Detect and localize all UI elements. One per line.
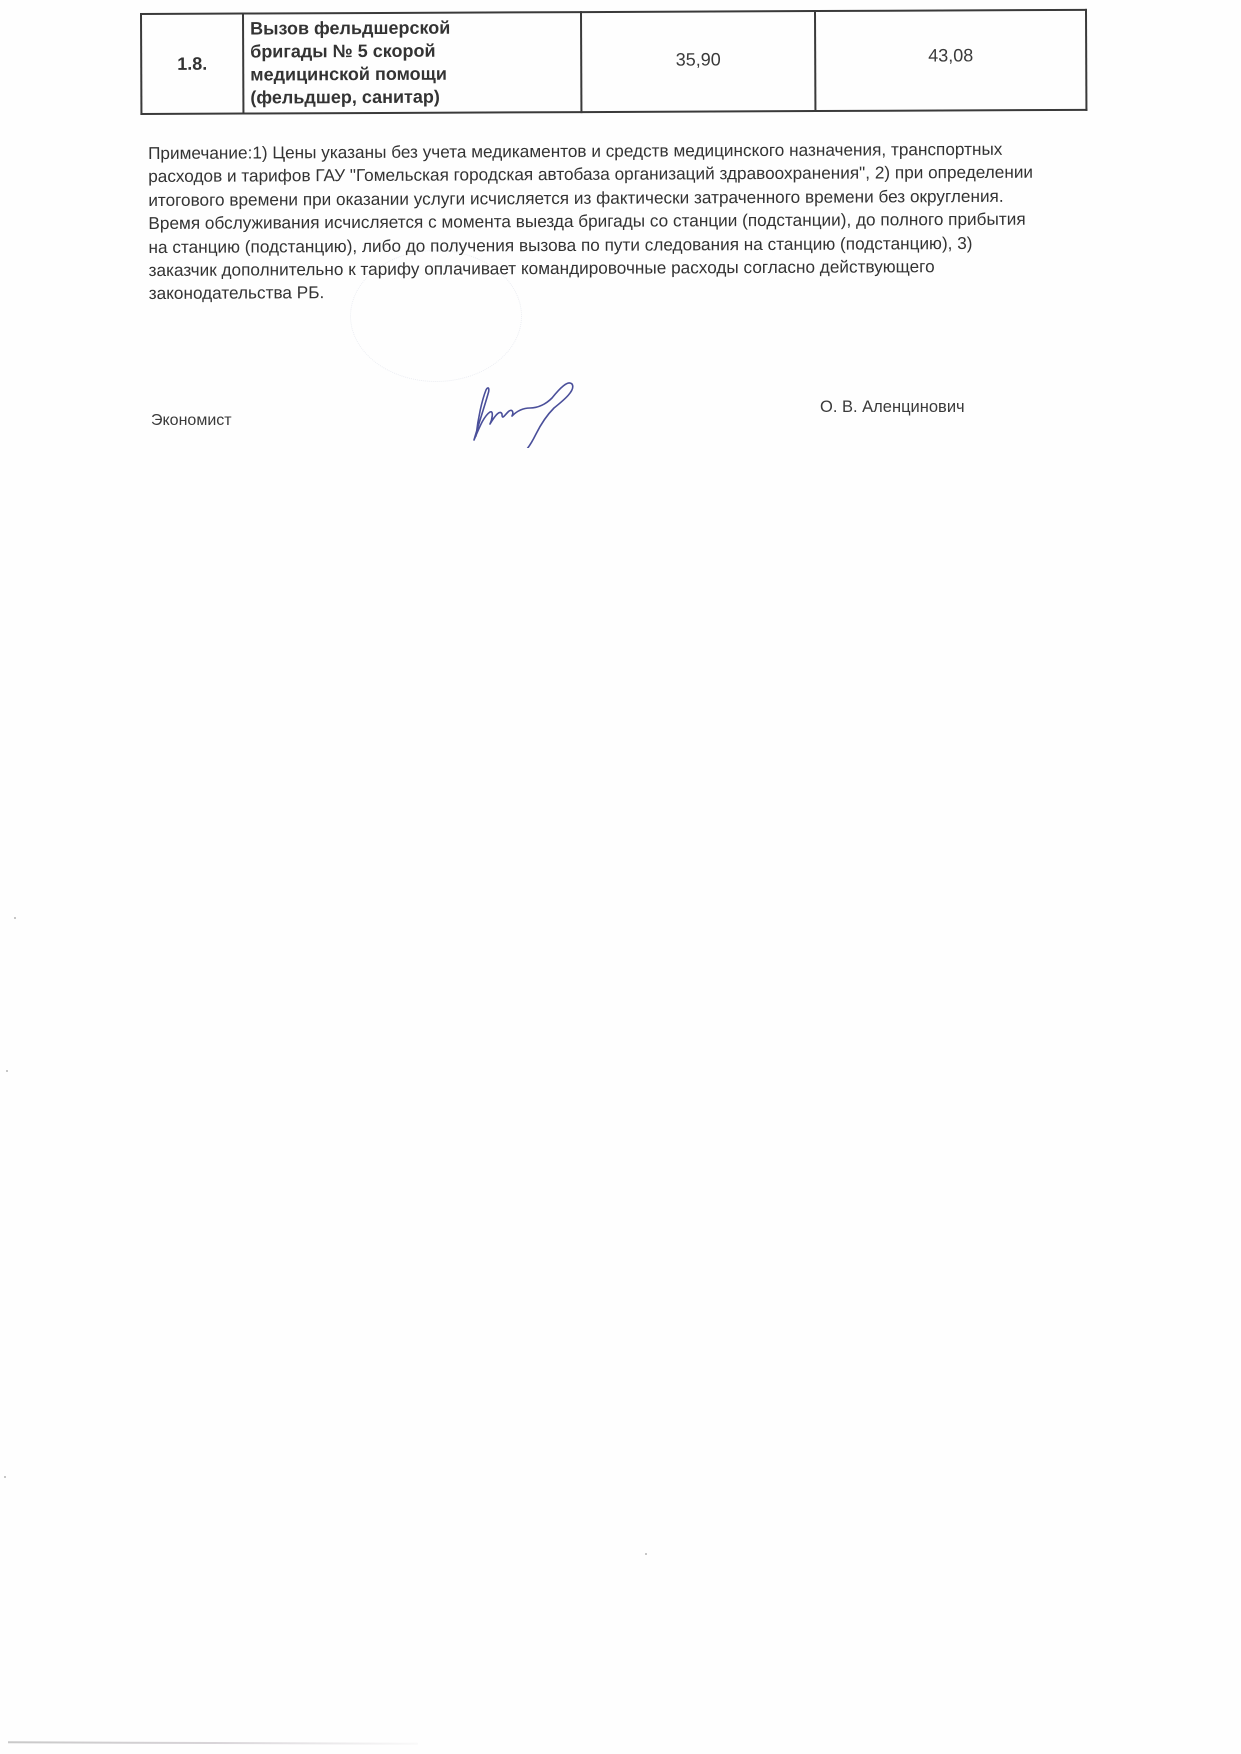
scan-speck [14, 917, 16, 919]
signer-name: О. В. Аленцинович [820, 398, 965, 417]
price-with-vat-value: 43,08 [928, 45, 973, 65]
scan-speck [645, 1553, 647, 1555]
note-paragraph: Примечание:1) Цены указаны без учета мед… [148, 137, 1229, 306]
price-with-vat-cell: 43,08 [815, 10, 1086, 111]
scan-speck [4, 1476, 6, 1478]
scan-edge-line [8, 1741, 418, 1744]
signer-role: Экономист [151, 412, 232, 430]
note-line: законодательства РБ. [149, 277, 1229, 306]
scan-speck [6, 1070, 8, 1072]
row-number: 1.8. [141, 14, 243, 114]
service-name: Вызов фельдшерской бригады № 5 скорой ме… [243, 12, 581, 113]
service-name-line: (фельдшер, санитар) [250, 85, 580, 109]
service-name-line: Вызов фельдшерской [250, 16, 580, 40]
price-value: 35,90 [676, 49, 721, 69]
price-table: 1.8. Вызов фельдшерской бригады № 5 скор… [140, 9, 1087, 115]
faded-stamp-icon [350, 250, 522, 382]
document-page: 1.8. Вызов фельдшерской бригады № 5 скор… [0, 0, 1241, 1754]
signature-icon [468, 378, 588, 448]
price-cell: 35,90 [581, 11, 815, 112]
table-row: 1.8. Вызов фельдшерской бригады № 5 скор… [141, 10, 1086, 114]
service-name-line: медицинской помощи [250, 62, 580, 86]
service-name-line: бригады № 5 скорой [250, 39, 580, 63]
